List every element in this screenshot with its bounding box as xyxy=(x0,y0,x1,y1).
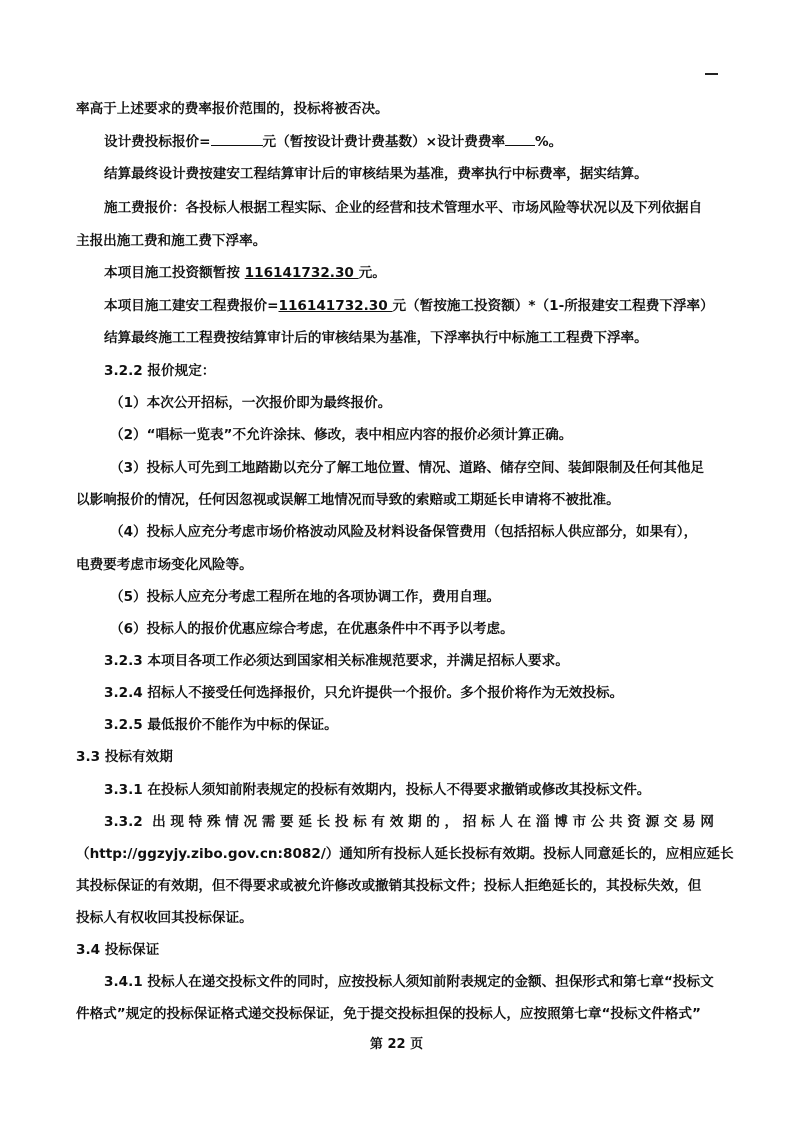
paragraph-line: 电费要考虑市场变化风险等。 xyxy=(76,556,253,574)
clause-3-3-1: 3.3.1 在投标人须知前附表规定的投标有效期内，投标人不得要求撤销或修改其投标… xyxy=(104,781,650,799)
paragraph-line: 率高于上述要求的费率报价范围的，投标将被否决。 xyxy=(76,100,389,118)
paragraph-line: 结算最终施工工程费按结算审计后的审核结果为基准，下浮率执行中标施工工程费下浮率。 xyxy=(104,329,648,347)
clause-3-4-1: 3.4.1 投标人在递交投标文件的同时，应按投标人须知前附表规定的金额、担保形式… xyxy=(104,973,714,991)
document-page: 率高于上述要求的费率报价范围的，投标将被否决。 设计费投标报价=元（暂按设计费计… xyxy=(0,0,793,1121)
label: 本项目施工投资额暂按 xyxy=(104,265,245,281)
formula-middle: 元（暂按设计费计费基数）×设计费费率 xyxy=(263,134,505,150)
investment-amount: 116141732.30 xyxy=(245,265,359,281)
clause-3-2-4: 3.2.4 招标人不接受任何选择报价，只允许提供一个报价。多个报价将作为无效投标… xyxy=(104,684,623,702)
paragraph-line: 投标人有权收回其投标保证。 xyxy=(76,909,253,927)
section-heading-3-2-2: 3.2.2 报价规定： xyxy=(104,362,215,380)
list-item: （1）本次公开招标，一次报价即为最终报价。 xyxy=(110,394,391,412)
clause-3-3-2: 3.3.2 出现特殊情况需要延长投标有效期的，招标人在淄博市公共资源交易网 xyxy=(104,813,714,831)
list-item: （4）投标人应充分考虑市场价格波动风险及材料设备保管费用（包括招标人供应部分，如… xyxy=(110,523,697,541)
paragraph-line: 其投标保证的有效期，但不得要求或被允许修改或撤销其投标文件；投标人拒绝延长的，其… xyxy=(76,877,701,895)
paragraph-line: 件格式”规定的投标保证格式递交投标保证，免于提交投标担保的投标人，应按照第七章“… xyxy=(76,1005,701,1023)
unit: 元。 xyxy=(359,265,386,281)
construction-amount: 116141732.30 xyxy=(279,298,393,314)
list-item: （3）投标人可先到工地踏勘以充分了解工地位置、情况、道路、储存空间、装卸限制及任… xyxy=(110,459,704,477)
paragraph-line: 施工费报价：各投标人根据工程实际、企业的经营和技术管理水平、市场风险等状况以及下… xyxy=(104,199,702,217)
rate-blank xyxy=(505,133,535,146)
list-item: （5）投标人应充分考虑工程所在地的各项协调工作，费用自理。 xyxy=(110,588,500,606)
paragraph-line: 以影响报价的情况，任何因忽视或误解工地情况而导致的索赔或工期延长申请将不被批准。 xyxy=(76,491,620,509)
clause-3-2-3: 3.2.3 本项目各项工作必须达到国家相关标准规范要求，并满足招标人要求。 xyxy=(104,652,569,670)
label: 本项目施工建安工程费报价= xyxy=(104,298,279,314)
formula-end: %。 xyxy=(535,134,562,150)
section-heading-3-4: 3.4 投标保证 xyxy=(76,941,159,959)
corner-mark xyxy=(705,73,718,75)
construction-fee-formula: 本项目施工建安工程费报价=116141732.30 元（暂按施工投资额）*（1-… xyxy=(104,297,714,315)
list-item: （6）投标人的报价优惠应综合考虑，在优惠条件中不再予以考虑。 xyxy=(110,620,514,638)
section-heading-3-3: 3.3 投标有效期 xyxy=(76,748,173,766)
clause-3-2-5: 3.2.5 最低报价不能作为中标的保证。 xyxy=(104,716,338,734)
paragraph-line-with-link: （http://ggzyjy.zibo.gov.cn:8082/）通知所有投标人… xyxy=(76,845,734,863)
design-fee-formula: 设计费投标报价=元（暂按设计费计费基数）×设计费费率%。 xyxy=(104,133,562,151)
paragraph-line: 主报出施工费和施工费下浮率。 xyxy=(76,232,266,250)
amount-blank xyxy=(211,133,263,146)
paragraph-line: 结算最终设计费按建安工程结算审计后的审核结果为基准，费率执行中标费率，据实结算。 xyxy=(104,165,648,183)
list-item: （2）“唱标一览表”不允许涂抹、修改，表中相应内容的报价必须计算正确。 xyxy=(110,426,572,444)
formula-label: 设计费投标报价= xyxy=(104,134,211,150)
investment-amount-line: 本项目施工投资额暂按 116141732.30 元。 xyxy=(104,264,386,282)
page-number: 第 22 页 xyxy=(0,1033,793,1052)
formula-rest: 元（暂按施工投资额）*（1-所报建安工程费下浮率） xyxy=(392,298,713,314)
